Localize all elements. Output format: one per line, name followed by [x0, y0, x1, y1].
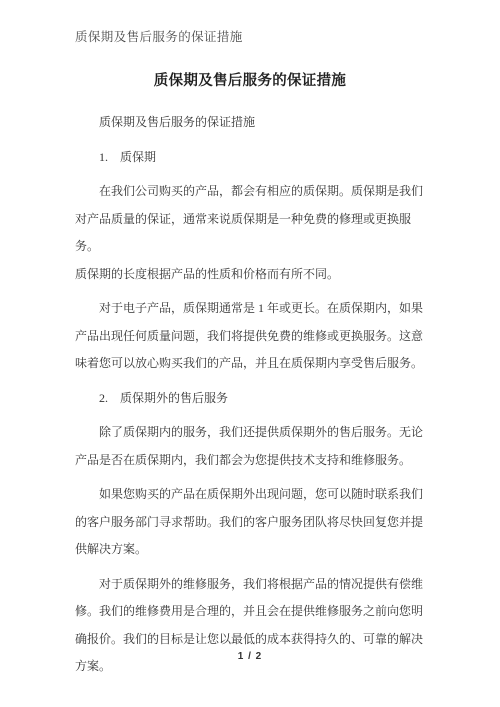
paragraph-line: 确报价。我们的目标是让您以最低的成本获得持久的、可靠的解决 — [75, 626, 433, 654]
paragraph-line: 产品是否在质保期内，我们都会为您提供技术支持和维修服务。 — [75, 447, 433, 475]
paragraph-3: 除了质保期内的服务，我们还提供质保期外的售后服务。无论 产品是否在质保期内，我们… — [75, 419, 433, 474]
paragraph-line: 味着您可以放心购买我们的产品，并且在质保期内享受售后服务。 — [75, 350, 433, 378]
document-body: 质保期及售后服务的保证措施 1. 质保期 在我们公司购买的产品，都会有相应的质保… — [75, 109, 433, 688]
paragraph-line: 质保期的长度根据产品的性质和价格而有所不同。 — [75, 261, 433, 289]
paragraph-line: 产品出现任何质量问题，我们将提供免费的维修或更换服务。这意 — [75, 323, 433, 351]
paragraph-line: 除了质保期内的服务，我们还提供质保期外的售后服务。无论 — [75, 419, 433, 447]
body-subtitle: 质保期及售后服务的保证措施 — [75, 109, 433, 137]
document-running-header: 质保期及售后服务的保证措施 — [75, 27, 243, 45]
section-heading-1: 1. 质保期 — [75, 144, 433, 172]
paragraph-line: 的客户服务部门寻求帮助。我们的客户服务团队将尽快回复您并提 — [75, 509, 433, 537]
document-title: 质保期及售后服务的保证措施 — [0, 69, 500, 90]
paragraph-line: 在我们公司购买的产品，都会有相应的质保期。质保期是我们 — [75, 178, 433, 206]
paragraph-line: 对于质保期外的维修服务，我们将根据产品的情况提供有偿维 — [75, 571, 433, 599]
page-number: 1 / 2 — [0, 651, 500, 662]
paragraph-line: 对于电子产品，质保期通常是 1 年或更长。在质保期内，如果 — [75, 295, 433, 323]
paragraph-line: 如果您购买的产品在质保期外出现问题，您可以随时联系我们 — [75, 481, 433, 509]
document-page: 质保期及售后服务的保证措施 质保期及售后服务的保证措施 质保期及售后服务的保证措… — [0, 0, 500, 707]
paragraph-line: 供解决方案。 — [75, 536, 433, 564]
paragraph-1: 在我们公司购买的产品，都会有相应的质保期。质保期是我们 对产品质量的保证，通常来… — [75, 178, 433, 288]
paragraph-line: 修。我们的维修费用是合理的，并且会在提供维修服务之前向您明 — [75, 598, 433, 626]
section-heading-2: 2. 质保期外的售后服务 — [75, 385, 433, 413]
paragraph-2: 对于电子产品，质保期通常是 1 年或更长。在质保期内，如果 产品出现任何质量问题… — [75, 295, 433, 378]
paragraph-5: 对于质保期外的维修服务，我们将根据产品的情况提供有偿维 修。我们的维修费用是合理… — [75, 571, 433, 681]
paragraph-line: 对产品质量的保证，通常来说质保期是一种免费的修理或更换服务。 — [75, 206, 433, 261]
paragraph-4: 如果您购买的产品在质保期外出现问题，您可以随时联系我们 的客户服务部门寻求帮助。… — [75, 481, 433, 564]
